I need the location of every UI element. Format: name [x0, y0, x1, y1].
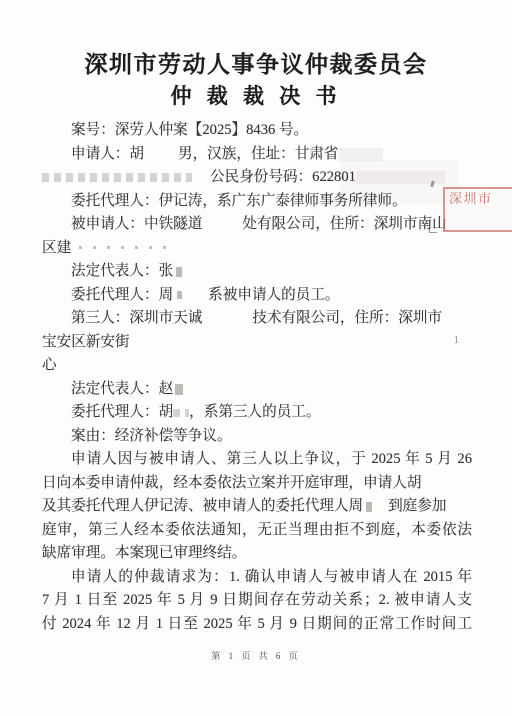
- scan-bracket-artifact: [429, 224, 437, 233]
- third-party-line: 第三人：深圳市天诚技术有限公司，住所：深圳市: [42, 307, 472, 331]
- third-party-agent-line: 委托代理人：胡，系第三人的员工。: [42, 401, 472, 425]
- faint-digit-artifact: 1: [454, 335, 460, 346]
- redacted-name-gap: [144, 157, 178, 158]
- paragraph2-line1: 申请人的仲裁请求为：1. 确认申请人与被申请人在 2015 年: [42, 566, 472, 590]
- erased-region: [339, 148, 383, 161]
- erased-char-mark: [366, 502, 372, 512]
- red-official-stamp: 深圳市: [443, 187, 512, 232]
- erased-text-smudge: [42, 173, 192, 182]
- applicant-label: 申请人：胡: [71, 146, 144, 162]
- paragraph-text: 及其委托代理人伊记涛、被申请人的委托代理人周: [42, 498, 363, 514]
- applicant-agent-line: 委托代理人：伊记涛，系广东广泰律师事务所律师。: [42, 190, 472, 214]
- applicant-line: 申请人：胡男，汉族，住址：甘肃省: [42, 143, 472, 167]
- agent-label: 委托代理人：周: [71, 287, 173, 303]
- paragraph-text: 到庭参加: [388, 498, 446, 514]
- applicant-info: 男，汉族，住址：甘肃省: [178, 146, 339, 162]
- erased-char-mark: [175, 384, 183, 395]
- document-subtitle: 仲 裁 裁 决 书: [0, 80, 512, 110]
- id-number-text: 公民身份号码：622801: [210, 169, 356, 185]
- paragraph2-line2: 7 月 1 日至 2025 年 5 月 9 日期间存在劳动关系；2. 被申请人支: [42, 589, 472, 613]
- agent-info: ，系第三人的员工。: [189, 404, 320, 420]
- respondent-legal-rep-line: 法定代表人：张: [42, 260, 472, 284]
- third-party-label: 第三人：深圳市天诚: [71, 310, 202, 326]
- spacer: [192, 180, 210, 181]
- address-continuation-line: 心: [42, 354, 472, 378]
- redacted-gap: [182, 298, 208, 299]
- erased-dots-smudge: [79, 246, 171, 249]
- id-number-line: 公民身份号码：622801: [42, 166, 472, 190]
- erased-char-mark: [176, 267, 182, 277]
- legal-rep-text: 法定代表人：张: [71, 263, 173, 279]
- paragraph1-line1: 申请人因与被申请人、第三人以上争议，于 2025 年 5 月 26: [42, 448, 472, 472]
- agent-info: 系被申请人的员工。: [208, 287, 339, 303]
- address-fragment: 宝安区新安街: [42, 334, 130, 350]
- erased-char-smudge: [173, 409, 189, 417]
- address-fragment: 区建: [42, 240, 71, 256]
- third-party-legal-rep-line: 法定代表人：赵: [42, 378, 472, 402]
- cause-line: 案由：经济补偿等争议。: [42, 425, 472, 449]
- document-body: 案号：深劳人仲案【2025】8436 号。 申请人：胡男，汉族，住址：甘肃省 公…: [42, 119, 472, 636]
- paragraph1-line4: 庭审，第三人经本委依法通知，无正当理由拒不到庭，本委依法: [42, 519, 472, 543]
- redacted-gap: [372, 509, 388, 510]
- document-title: 深圳市劳动人事争议仲裁委员会: [0, 46, 512, 79]
- respondent-label: 被申请人：中铁隧道: [71, 216, 202, 232]
- stamp-text: 深圳市: [445, 189, 512, 206]
- legal-rep-text: 法定代表人：赵: [71, 381, 173, 397]
- page-number-footer: 第 1 页 共 6 页: [0, 649, 512, 662]
- redacted-gap: [202, 227, 242, 228]
- respondent-line: 被申请人：中铁隧道处有限公司，住所：深圳市南山: [42, 213, 472, 237]
- third-party-address-line: 宝安区新安街1: [42, 331, 472, 355]
- paragraph1-line2: 日向本委申请仲裁，经本委依法立案并开庭审理，申请人胡: [42, 472, 472, 496]
- respondent-info: 处有限公司，住所：深圳市南山: [242, 216, 446, 232]
- respondent-agent-line: 委托代理人：周系被申请人的员工。: [42, 284, 472, 308]
- agent-label: 委托代理人：胡: [71, 404, 173, 420]
- paragraph2-line3: 付 2024 年 12 月 1 日至 2025 年 5 月 9 日期间的正常工作…: [42, 613, 472, 637]
- case-number-line: 案号：深劳人仲案【2025】8436 号。: [42, 119, 472, 143]
- third-party-info: 技术有限公司，住所：深圳市: [252, 310, 442, 326]
- scanned-document-page: 深圳市劳动人事争议仲裁委员会 仲 裁 裁 决 书 案号：深劳人仲案【2025】8…: [0, 0, 512, 716]
- paragraph1-line5: 缺席审理。本案现已审理终结。: [42, 542, 472, 566]
- respondent-address-line: 区建: [42, 237, 472, 261]
- redacted-gap: [202, 321, 252, 322]
- paragraph1-line3: 及其委托代理人伊记涛、被申请人的委托代理人周到庭参加: [42, 495, 472, 519]
